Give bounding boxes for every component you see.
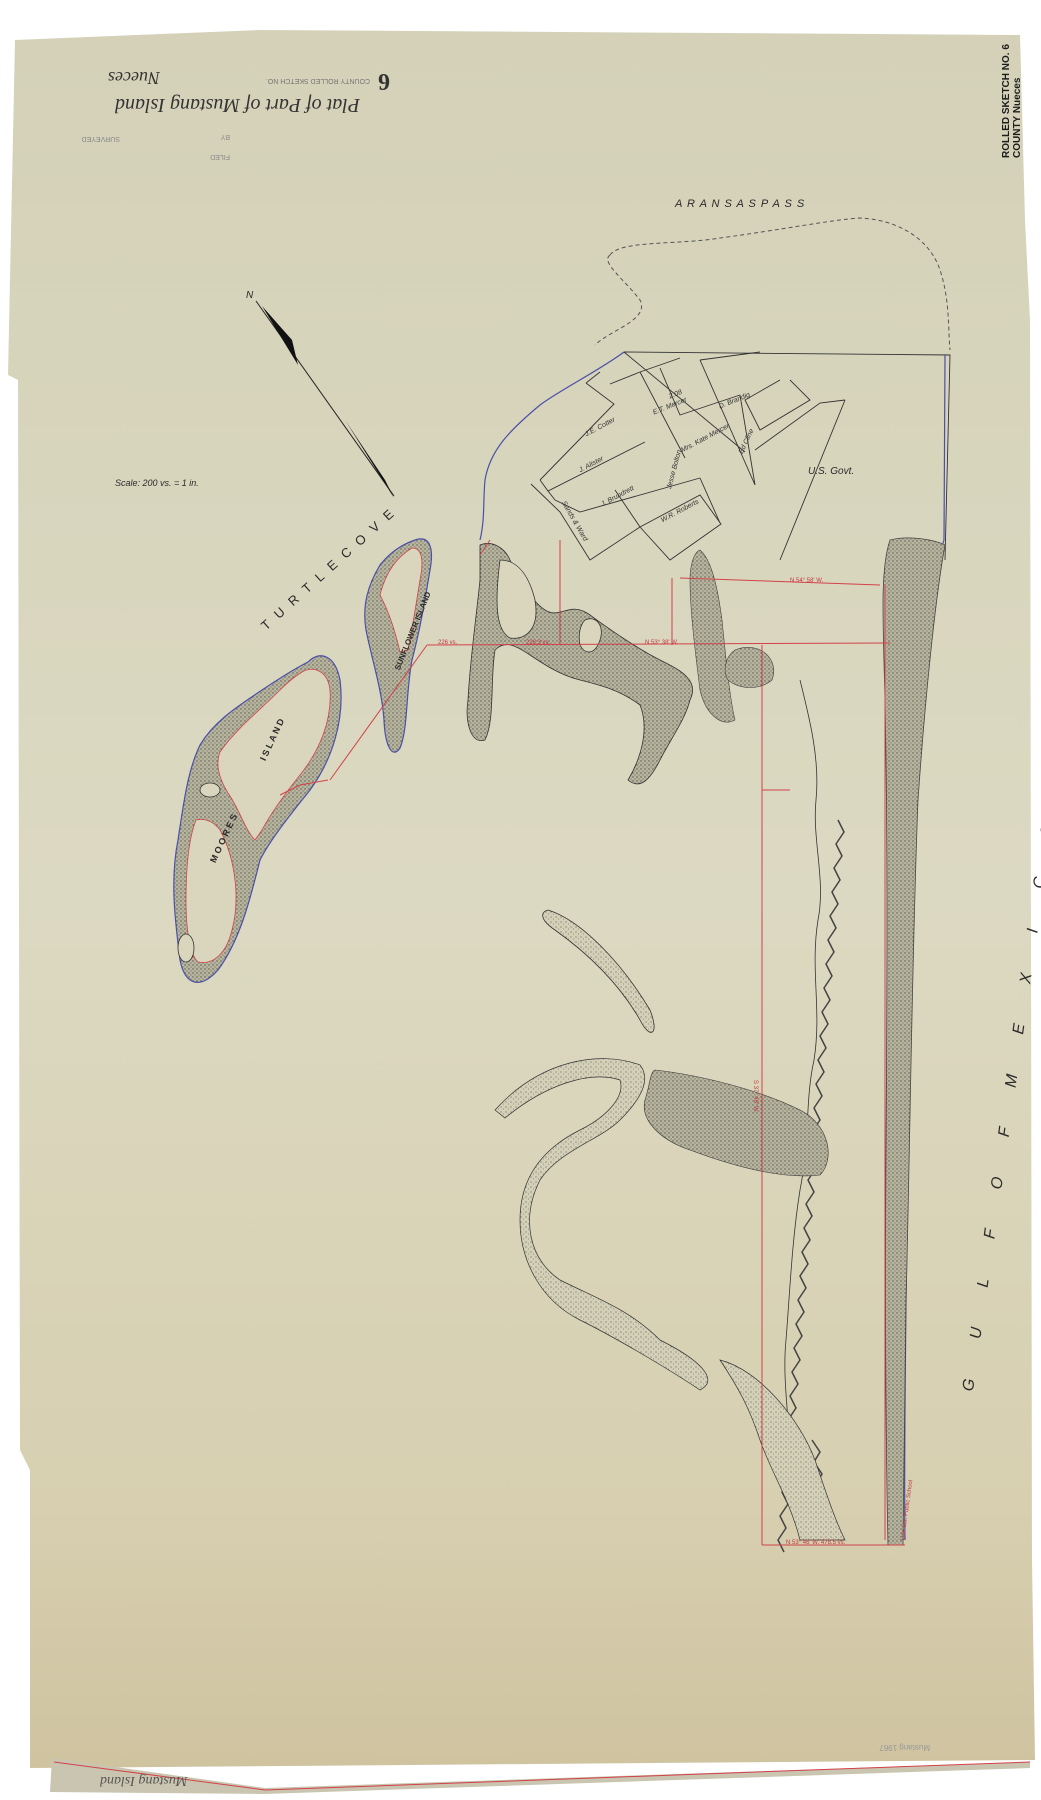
filed-label: FILED xyxy=(210,153,230,160)
survey-bearing-1: N 53° 38' W. xyxy=(645,640,678,646)
sketch-number: 6 xyxy=(378,67,390,94)
north-label: N xyxy=(246,290,253,301)
stamp-line-2: COUNTY Nueces xyxy=(1012,44,1023,158)
survey-bearing-5: N 53° 46' W. 478.5 vs. xyxy=(786,1540,845,1546)
county-name: Nueces xyxy=(108,67,160,88)
rolled-sketch-stamp: ROLLED SKETCH NO. 6 COUNTY Nueces xyxy=(1001,44,1023,158)
paper-sheet xyxy=(8,30,1035,1768)
aransas-pass-label: A R A N S A S P A S S xyxy=(675,198,805,210)
county-label: COUNTY ROLLED SKETCH NO. xyxy=(266,77,370,84)
title-block: Plat of Part of Mustang Island COUNTY RO… xyxy=(60,60,380,160)
scale-label: Scale: 200 vs. = 1 in. xyxy=(115,478,199,488)
survey-dist-1: 226 vs. xyxy=(438,640,457,646)
stamp-line-1: ROLLED SKETCH NO. 6 xyxy=(1001,44,1012,158)
survey-bearing-3: N 54° 58' W. xyxy=(790,578,823,584)
surveyed-label: SURVEYED xyxy=(82,135,120,142)
bottom-note: Mustang Island xyxy=(100,1772,188,1788)
survey-dist-2: 228.3 vs. xyxy=(526,640,550,646)
bottom-right-note: Mustang 1967 xyxy=(879,1743,930,1752)
map-canvas xyxy=(0,0,1041,1800)
by-label: BY xyxy=(221,133,230,140)
title-text: Plat of Part of Mustang Island xyxy=(115,93,360,116)
map-sheet: Plat of Part of Mustang Island COUNTY RO… xyxy=(0,0,1041,1800)
survey-bearing-4: S 37° 48' W. xyxy=(752,1080,758,1113)
us-govt-label: U.S. Govt. xyxy=(808,466,854,477)
